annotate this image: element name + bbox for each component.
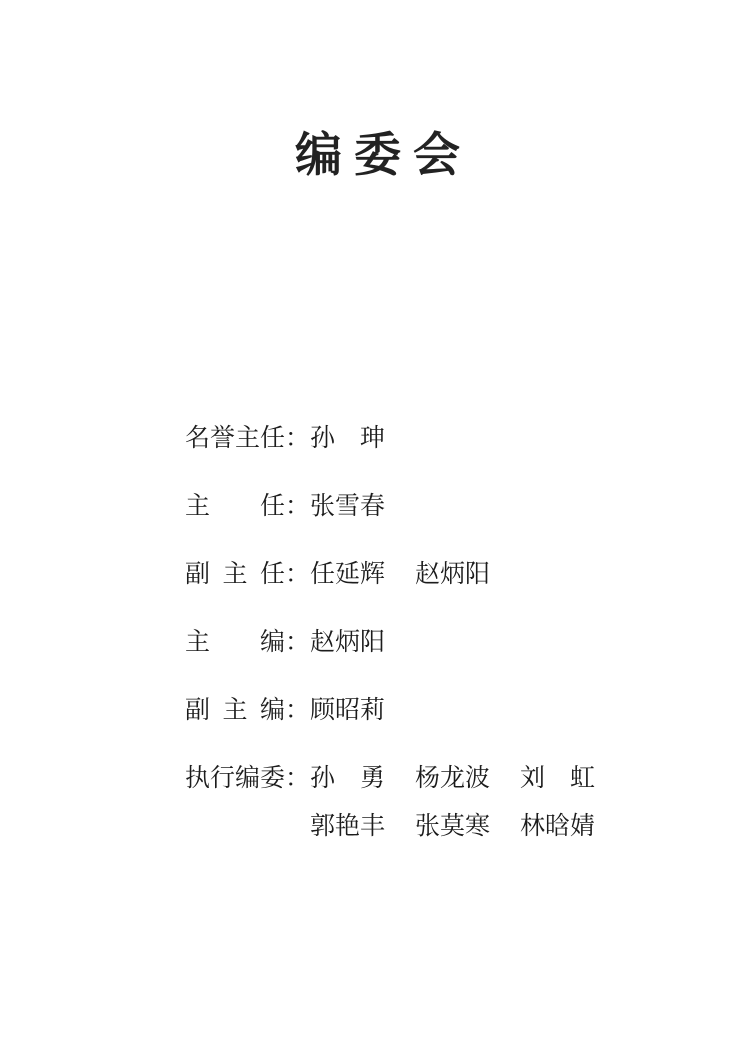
person-name: 杨龙波: [415, 761, 490, 795]
board-row-executive-editors: 执行编委：孙 勇杨龙波刘 虹: [185, 761, 753, 795]
person-name: 赵炳阳: [415, 557, 490, 591]
colon-separator: ：: [285, 625, 310, 659]
board-row-deputy-chief-editor: 副 主 编：顾昭莉: [185, 693, 753, 727]
board-row-executive-editors-continued: 郭艳丰张莫寒林晗婧: [185, 809, 753, 843]
person-name: 张莫寒: [415, 809, 490, 843]
role-label: 主 编: [185, 625, 285, 659]
person-name: 孙 珅: [310, 421, 385, 455]
page-title: 编委会: [0, 128, 753, 184]
person-name: 孙 勇: [310, 761, 385, 795]
person-name: 张雪春: [310, 489, 385, 523]
board-row-honorary-director: 名誉主任：孙 珅: [185, 421, 753, 455]
person-name: 林晗婧: [520, 809, 595, 843]
board-row-chief-editor: 主 编：赵炳阳: [185, 625, 753, 659]
colon-separator: ：: [285, 489, 310, 523]
colon-separator: ：: [285, 761, 310, 795]
person-name: 郭艳丰: [310, 809, 385, 843]
role-label: 主 任: [185, 489, 285, 523]
editorial-board-list: 名誉主任：孙 珅 主 任：张雪春 副 主 任：任延辉赵炳阳 主 编：赵炳阳 副 …: [185, 421, 753, 843]
person-name: 顾昭莉: [310, 693, 385, 727]
role-label: 副 主 编: [185, 693, 285, 727]
colon-separator: ：: [285, 693, 310, 727]
person-name: 任延辉: [310, 557, 385, 591]
role-label: 名誉主任: [185, 421, 285, 455]
board-row-director: 主 任：张雪春: [185, 489, 753, 523]
document-page: 编委会 名誉主任：孙 珅 主 任：张雪春 副 主 任：任延辉赵炳阳 主 编：赵炳…: [0, 0, 753, 1064]
role-label: 副 主 任: [185, 557, 285, 591]
role-label: 执行编委: [185, 761, 285, 795]
person-name: 赵炳阳: [310, 625, 385, 659]
person-name: 刘 虹: [520, 761, 595, 795]
colon-separator: ：: [285, 557, 310, 591]
colon-separator: ：: [285, 421, 310, 455]
board-row-deputy-directors: 副 主 任：任延辉赵炳阳: [185, 557, 753, 591]
